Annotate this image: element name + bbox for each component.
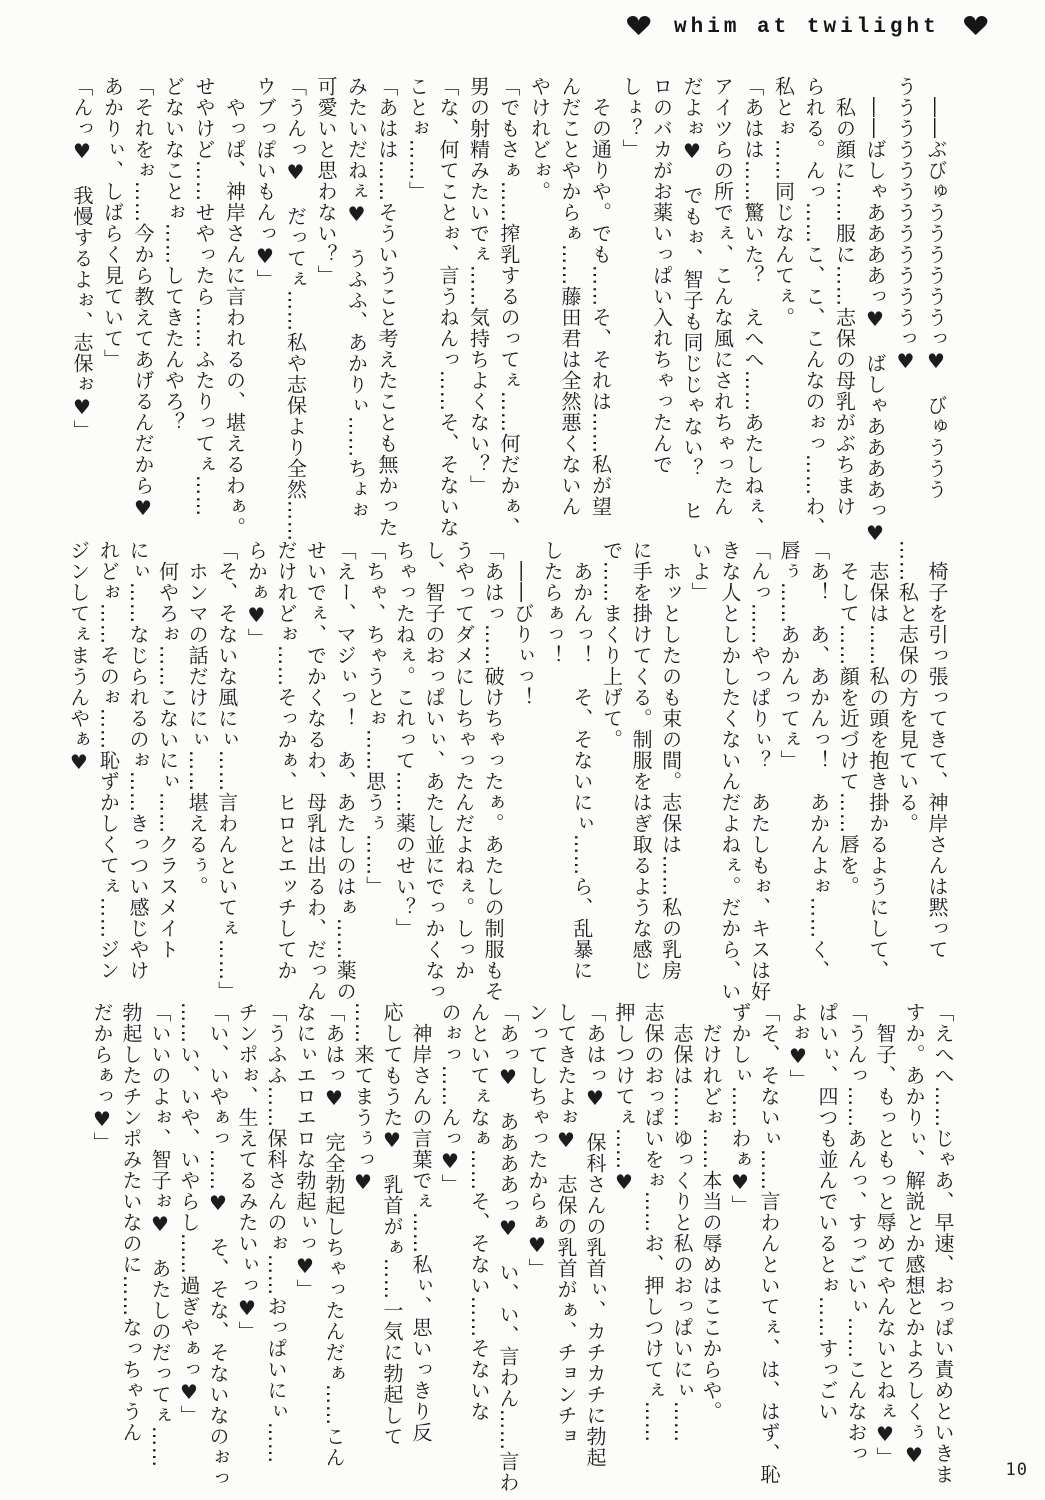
text-column: 「そ、そないな風にぃ……言わんといてぇ……」 xyxy=(211,540,241,992)
text-column: ことぉ……」 xyxy=(402,76,433,528)
text-column: 私の顔に……服に……志保の母乳がぶちまけ xyxy=(829,76,860,528)
text-column: 「でもさぁ……搾乳するのってぇ……何だかぁ、 xyxy=(494,76,525,528)
text-column: られる。んっ……こ、こ、こんなのぉっ……わ、 xyxy=(799,76,830,528)
text-column: 椅子を引っ張ってきて、神岸さんは黙って xyxy=(921,540,951,992)
text-band-top: ――ぶびゅううううううっ♥ びゅうううううううううううううううっ♥ ――ばしゃあ… xyxy=(67,76,952,528)
text-column: ちゃったねぇ。これって……薬のせい？」 xyxy=(389,540,419,992)
text-column: 応してもうた♥ 乳首がぁ……一気に勃起して xyxy=(377,1002,406,1462)
text-column: ンってしちゃったからぁ♥」 xyxy=(522,1002,551,1462)
text-column: に手を掛けてくる。制服をはぎ取るような感じ xyxy=(625,540,655,992)
text-column: 「んっ♥ 我慢するよぉ、志保ぉ♥」 xyxy=(67,76,98,528)
text-column: ずかしぃ……わぁ♥」 xyxy=(725,1002,754,1462)
text-column: 「あはっ……破けちゃったぁ。あたしの制服もそ xyxy=(478,540,508,992)
text-column: みたいだねぇ♥ うふふ、あかりぃ……ちょぉ xyxy=(341,76,372,528)
text-column: ……来てまうぅっ♥ xyxy=(348,1002,377,1462)
text-column: で……まくり上げて。 xyxy=(596,540,626,992)
text-column: し、智子のおっぱいぃ、あたし並にでっかくなっ xyxy=(418,540,448,992)
text-column: 私とぉ……同じなんてぇ。 xyxy=(768,76,799,528)
text-column: 可愛いと思わない？」 xyxy=(311,76,342,528)
text-column: 「あっ♥ ああああっ♥ い、い、言わん……言わ xyxy=(493,1002,522,1462)
text-column: 勃起したチンポみたいなのに……なっちゃうん xyxy=(116,1002,145,1462)
text-column: 志保は……ゆっくりと私のおっぱいにぃ…… xyxy=(667,1002,696,1462)
text-column: しょ？」 xyxy=(616,76,647,528)
text-column: どないなことぉ……してきたんやろ？ xyxy=(158,76,189,528)
text-column: だからぁっ♥」 xyxy=(87,1002,116,1462)
text-column: 「あはっ♥ 完全勃起しちゃったんだぁ……こん xyxy=(319,1002,348,1462)
text-column: 押しつけてぇ……♥ xyxy=(609,1002,638,1462)
text-column: ホッとしたのも束の間。志保は……私の乳房 xyxy=(655,540,685,992)
text-column: やっぱ、神岸さんに言われるの、堪えるわぁ。 xyxy=(219,76,250,528)
heart-icon: ♥ xyxy=(624,14,653,40)
text-column: ――ばしゃああああっ♥ ばしゃああああっ♥ xyxy=(860,76,891,528)
text-column: よぉ♥」 xyxy=(783,1002,812,1462)
text-column: 「それをぉ……今から教えてあげるんだから♥ xyxy=(128,76,159,528)
text-column: れどぉ……そのぉ……恥ずかしくてぇ……ジン xyxy=(93,540,123,992)
text-column: 唇ぅ……あかんってぇ」 xyxy=(773,540,803,992)
text-column: せいでぇ、でかくなるわ、母乳は出るわ、だっん xyxy=(300,540,330,992)
text-column: 「あはは……驚いた？ えへへ……あたしねぇ、 xyxy=(738,76,769,528)
text-column: 「うんっ♥ だってぇ……私や志保より全然…… xyxy=(280,76,311,528)
text-column: 「な、何てことぉ、言うねんっ……そ、そないな xyxy=(433,76,464,528)
text-column: 男の射精みたいでぇ……気持ちよくない？」 xyxy=(463,76,494,528)
text-column: 「んっ……やっぱりぃ？ あたしもぉ、キスは好 xyxy=(744,540,774,992)
text-column: 智子、もっともっと辱めてやんないとねぇ♥」 xyxy=(870,1002,899,1462)
text-column: 「うんっ……あんっ、すっごいぃ……こんなおっ xyxy=(841,1002,870,1462)
text-column: 「あ！ あ、あかんっ！ あかんよぉ……く、 xyxy=(803,540,833,992)
text-column: ぱいぃ、四つも並んでいるとぉ……すっごい xyxy=(812,1002,841,1462)
heart-icon: ♥ xyxy=(961,14,990,40)
text-column: だよぉ♥ でもぉ、智子も同じじゃない？ ヒ xyxy=(677,76,708,528)
header-title: whim at twilight xyxy=(674,16,940,39)
text-column: 「そ、そないぃ……言わんといてぇ、は、はず、恥 xyxy=(754,1002,783,1462)
text-column: らかぁ♥」 xyxy=(241,540,271,992)
text-column: せやけど……せやったら……ふたりってぇ…… xyxy=(189,76,220,528)
text-column: きな人としかしたくないんだよねぇ。だから、い xyxy=(714,540,744,992)
text-band-bottom: 「えへへ……じゃあ、早速、おっぱい責めといきますか。あかりぃ、解説とか感想とかよ… xyxy=(87,1002,957,1462)
text-column: 志保は……私の頭を抱き掛かるようにして、 xyxy=(862,540,892,992)
text-column: すか。あかりぃ、解説とか感想とかよろしくぅ♥ xyxy=(899,1002,928,1462)
page-header: ♥ whim at twilight ♥ xyxy=(627,14,987,40)
text-column: んだことやからぁ……藤田君は全然悪くないん xyxy=(555,76,586,528)
text-column: ウブっぽいもんっ♥」 xyxy=(250,76,281,528)
text-column: やけれどぉ。 xyxy=(524,76,555,528)
text-column: だけれどぉ……本当の辱めはここからや。 xyxy=(696,1002,725,1462)
text-column: 志保のおっぱいをぉ……お、押しつけてぇ…… xyxy=(638,1002,667,1462)
text-column: 「ちゃ、ちゃうとぉ……思うぅ……」 xyxy=(359,540,389,992)
text-column: 「い、いやぁっ……♥ そ、そな、そないなのぉっ xyxy=(203,1002,232,1462)
text-column: 「えー、マジぃっ！ あ、あたしのはぁ……薬の xyxy=(330,540,360,992)
text-column: いよ」 xyxy=(685,540,715,992)
text-column: んといてぇなぁ……そ、そない……そないな xyxy=(464,1002,493,1462)
text-column: だけれどぉ……そっかぁ、ヒロとエッチしてか xyxy=(270,540,300,992)
text-column: あかんっ！ そ、そないにぃ……ら、乱暴に xyxy=(566,540,596,992)
text-column: うやってダメにしちゃったんだよねぇ。しっか xyxy=(448,540,478,992)
text-column: にぃ……なじられるのぉ……きっつい感じやけ xyxy=(122,540,152,992)
text-column: あかりぃ、しばらく見ていて」 xyxy=(97,76,128,528)
text-column: なにぃエロエロな勃起ぃっ♥」 xyxy=(290,1002,319,1462)
text-column: そして……顔を近づけて……唇を。 xyxy=(833,540,863,992)
text-column: その通りや。でも……そ、それは……私が望 xyxy=(585,76,616,528)
text-column: ううううううううううううっ♥ xyxy=(890,76,921,528)
text-column: したらぁっ！ xyxy=(537,540,567,992)
text-column: アイツらの所でぇ、こんな風にされちゃったん xyxy=(707,76,738,528)
text-column: してきたよぉ♥ 志保の乳首がぁ、チョンチョ xyxy=(551,1002,580,1462)
text-column: ――ぶびゅううううううっ♥ びゅううう xyxy=(921,76,952,528)
text-column: ロのバカがお薬いっぱい入れちゃったんで xyxy=(646,76,677,528)
text-column: 「うふふ……保科さんのぉ……おっぱいにぃ…… xyxy=(261,1002,290,1462)
page-number: 10 xyxy=(1006,1460,1028,1480)
text-column: ……私と志保の方を見ている。 xyxy=(892,540,922,992)
text-column: ……い、いや、いやらし……過ぎやぁっ♥」 xyxy=(174,1002,203,1462)
text-column: ホンマの話だけにぃ……堪えるぅ。 xyxy=(182,540,212,992)
text-band-middle: 椅子を引っ張ってきて、神岸さんは黙って……私と志保の方を見ている。 志保は……私… xyxy=(63,540,951,992)
text-column: 「あはは……そういうこと考えたことも無かった xyxy=(372,76,403,528)
text-column: チンポぉ、生えてるみたいぃっ♥」 xyxy=(232,1002,261,1462)
text-column: 「いいのよぉ、智子ぉ♥ あたしのだってぇ…… xyxy=(145,1002,174,1462)
text-column: 「えへへ……じゃあ、早速、おっぱい責めといきま xyxy=(928,1002,957,1462)
text-column: 神岸さんの言葉でぇ……私ぃ、思いっきり反 xyxy=(406,1002,435,1462)
text-column: ジンしてぇまうんやぁ♥ xyxy=(63,540,93,992)
doujin-text-page: ♥ whim at twilight ♥ ――ぶびゅううううううっ♥ びゅううう… xyxy=(0,0,1045,1500)
text-column: ――びりぃっ！ xyxy=(507,540,537,992)
text-column: 何やろぉ……こないにぃ……クラスメイト xyxy=(152,540,182,992)
text-column: 「あはっ♥ 保科さんの乳首ぃ、カチカチに勃起 xyxy=(580,1002,609,1462)
text-column: のぉっ……んっ♥」 xyxy=(435,1002,464,1462)
